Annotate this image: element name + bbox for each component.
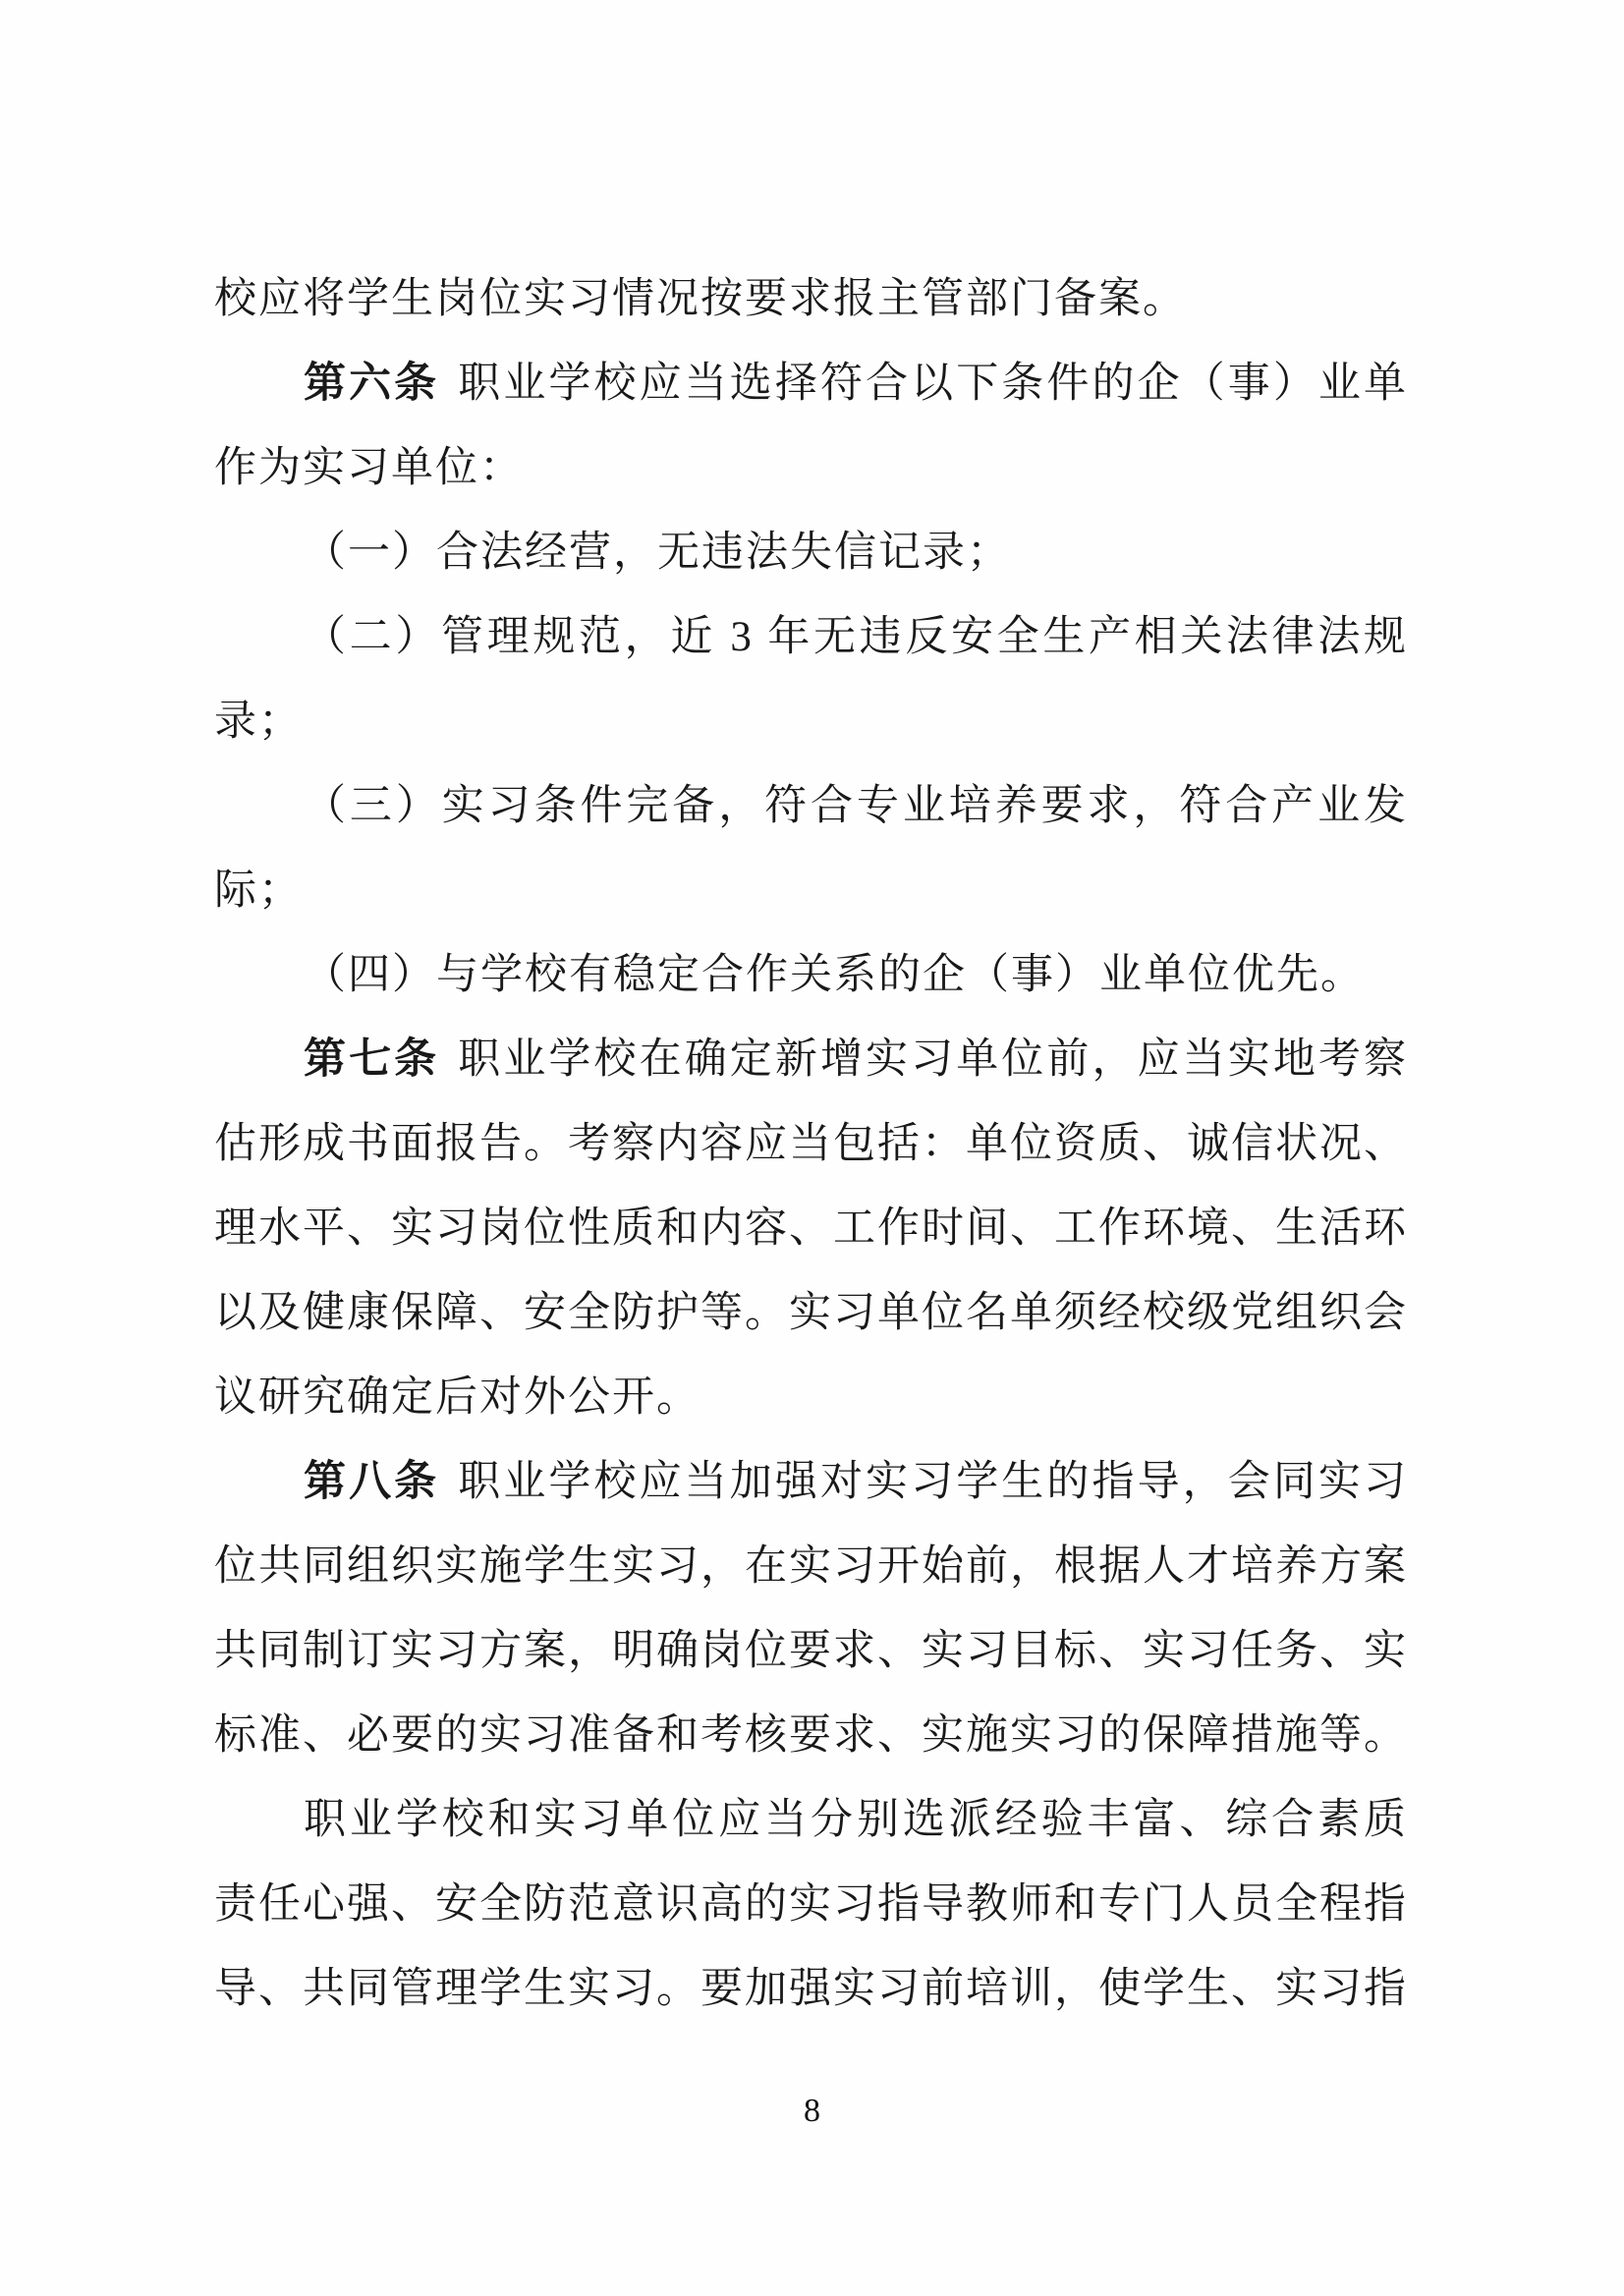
text-line: 校应将学生岗位实习情况按要求报主管部门备案。 [214,257,1408,342]
text-line: 录； [214,680,1408,764]
clause-number: 第八条 [304,1459,439,1505]
text-line: （三）实习条件完备，符合专业培养要求，符合产业发展实 [214,764,1408,849]
text-line: 职业学校和实习单位应当分别选派经验丰富、综合素质好、 [214,1778,1408,1863]
text-line: 共同制订实习方案，明确岗位要求、实习目标、实习任务、实习 [214,1609,1408,1694]
text-line: （二）管理规范，近 3 年无违反安全生产相关法律法规记 [214,595,1408,680]
text-line: 导、共同管理学生实习。要加强实习前培训，使学生、实习指导 [214,1947,1408,2032]
clause-number: 第七条 [304,1036,439,1083]
text-line: 估形成书面报告。考察内容应当包括：单位资质、诚信状况、管 [214,1102,1408,1187]
text-line: 第七条 职业学校在确定新增实习单位前，应当实地考察评 [214,1018,1408,1102]
text-line: 作为实习单位： [214,426,1408,511]
text-line: 以及健康保障、安全防护等。实习单位名单须经校级党组织会 [214,1271,1408,1356]
text-line: 理水平、实习岗位性质和内容、工作时间、工作环境、生活环境 [214,1187,1408,1271]
document-body: 校应将学生岗位实习情况按要求报主管部门备案。第六条 职业学校应当选择符合以下条件… [214,257,1408,2032]
text-line: 第八条 职业学校应当加强对实习学生的指导，会同实习单 [214,1440,1408,1525]
text-line: 标准、必要的实习准备和考核要求、实施实习的保障措施等。 [214,1694,1408,1778]
text-line: 第六条 职业学校应当选择符合以下条件的企（事）业单位 [214,342,1408,426]
page-number: 8 [0,2089,1624,2134]
text-line: 责任心强、安全防范意识高的实习指导教师和专门人员全程指 [214,1863,1408,1947]
text-line: （一）合法经营，无违法失信记录； [214,511,1408,595]
text-line: 位共同组织实施学生实习，在实习开始前，根据人才培养方案 [214,1525,1408,1609]
document-page: 校应将学生岗位实习情况按要求报主管部门备案。第六条 职业学校应当选择符合以下条件… [0,0,1624,2296]
text-line: 际； [214,849,1408,933]
text-line: 议研究确定后对外公开。 [214,1356,1408,1440]
clause-number: 第六条 [304,361,439,407]
text-line: （四）与学校有稳定合作关系的企（事）业单位优先。 [214,933,1408,1018]
